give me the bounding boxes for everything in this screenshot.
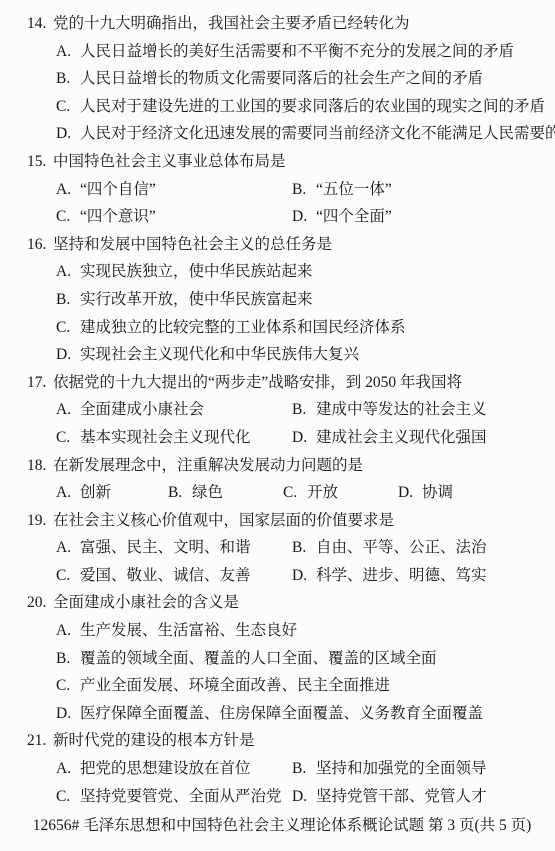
options-group: A. 实现民族独立，使中华民族站起来 B. 实行改革开放，使中华民族富起来 C.… — [56, 258, 537, 368]
option-text: 实现民族独立，使中华民族站起来 — [80, 258, 537, 286]
option: A. “四个自信” — [56, 176, 292, 204]
question-number: 20. — [27, 589, 53, 617]
option: A. 把党的思想建设放在首位 — [56, 755, 292, 783]
option-label: A. — [56, 396, 80, 424]
option: A. 生产发展、生活富裕、生态良好 — [56, 617, 537, 645]
option: A. 富强、民主、文明、和谐 — [56, 534, 292, 562]
question-number: 19. — [27, 507, 53, 535]
option-label: B. — [56, 645, 80, 673]
option-label: A. — [56, 534, 80, 562]
option-text: 建成社会主义现代化强国 — [316, 424, 537, 452]
option: B. 实行改革开放，使中华民族富起来 — [56, 286, 537, 314]
option-text: 绿色 — [192, 479, 283, 507]
option-text: 把党的思想建设放在首位 — [80, 755, 292, 783]
option-text: 产业全面发展、环境全面改善、民主全面推进 — [80, 672, 537, 700]
option-label: D. — [56, 700, 80, 728]
options-group: A. 全面建成小康社会 B. 建成中等发达的社会主义 C. 基本实现社会主义现代… — [56, 396, 537, 451]
option-label: A. — [56, 755, 80, 783]
option: D. 实现社会主义现代化和中华民族伟大复兴 — [56, 341, 537, 369]
question-number: 16. — [27, 231, 53, 259]
option-label: C. — [56, 203, 80, 231]
options-group: A. 富强、民主、文明、和谐 B. 自由、平等、公正、法治 C. 爱国、敬业、诚… — [56, 534, 537, 589]
option-text: 基本实现社会主义现代化 — [80, 424, 292, 452]
option: C. 产业全面发展、环境全面改善、民主全面推进 — [56, 672, 537, 700]
option-label: B. — [292, 755, 316, 783]
question-16: 16. 坚持和发展中国特色社会主义的总任务是 A. 实现民族独立，使中华民族站起… — [27, 231, 537, 369]
option: B. 建成中等发达的社会主义 — [292, 396, 537, 424]
option-label: B. — [168, 479, 192, 507]
question-head: 15. 中国特色社会主义事业总体布局是 — [27, 148, 537, 176]
question-text: 坚持和发展中国特色社会主义的总任务是 — [53, 231, 537, 259]
option-label: D. — [292, 203, 316, 231]
option: D. 建成社会主义现代化强国 — [292, 424, 537, 452]
option: C. 爱国、敬业、诚信、友善 — [56, 562, 292, 590]
option-label: D. — [292, 424, 316, 452]
option-text: 实行改革开放，使中华民族富起来 — [80, 286, 537, 314]
option: B. 覆盖的领域全面、覆盖的人口全面、覆盖的区域全面 — [56, 645, 537, 673]
option: A. 全面建成小康社会 — [56, 396, 292, 424]
question-number: 17. — [27, 369, 53, 397]
options-group: A. 人民日益增长的美好生活需要和不平衡不充分的发展之间的矛盾 B. 人民日益增… — [56, 38, 537, 148]
question-head: 19. 在社会主义核心价值观中，国家层面的价值要求是 — [27, 507, 537, 535]
option-text: “四个自信” — [80, 176, 292, 204]
option-text: 开放 — [307, 479, 398, 507]
question-head: 21. 新时代党的建设的根本方针是 — [27, 727, 537, 755]
option: C. 开放 — [283, 479, 398, 507]
option: C. “四个意识” — [56, 203, 292, 231]
question-20: 20. 全面建成小康社会的含义是 A. 生产发展、生活富裕、生态良好 B. 覆盖… — [27, 589, 537, 727]
question-text: 党的十九大明确指出，我国社会主要矛盾已经转化为 — [53, 10, 537, 38]
option-text: “四个全面” — [316, 203, 537, 231]
option-label: C. — [56, 424, 80, 452]
option-label: A. — [56, 258, 80, 286]
question-text: 中国特色社会主义事业总体布局是 — [53, 148, 537, 176]
option-text: 坚持党管干部、党管人才 — [316, 783, 537, 811]
option-text: 人民日益增长的物质文化需要同落后的社会生产之间的矛盾 — [80, 65, 537, 93]
option-label: C. — [56, 672, 80, 700]
exam-page: 14. 党的十九大明确指出，我国社会主要矛盾已经转化为 A. 人民日益增长的美好… — [0, 0, 555, 851]
option-text: 全面建成小康社会 — [80, 396, 292, 424]
option: D. 人民对于经济文化迅速发展的需要同当前经济文化不能满足人民需要的矛盾 — [56, 120, 537, 148]
option: B. 绿色 — [168, 479, 283, 507]
option-text: 富强、民主、文明、和谐 — [80, 534, 292, 562]
option-text: 医疗保障全面覆盖、住房保障全面覆盖、义务教育全面覆盖 — [80, 700, 537, 728]
option-label: D. — [56, 341, 80, 369]
option-label: A. — [56, 38, 80, 66]
option-label: B. — [292, 396, 316, 424]
option: B. “五位一体” — [292, 176, 537, 204]
question-15: 15. 中国特色社会主义事业总体布局是 A. “四个自信” B. “五位一体” … — [27, 148, 537, 231]
option: D. “四个全面” — [292, 203, 537, 231]
option: B. 坚持和加强党的全面领导 — [292, 755, 537, 783]
option: C. 建成独立的比较完整的工业体系和国民经济体系 — [56, 314, 537, 342]
option-text: 自由、平等、公正、法治 — [316, 534, 537, 562]
option: D. 科学、进步、明德、笃实 — [292, 562, 537, 590]
option-text: 建成独立的比较完整的工业体系和国民经济体系 — [80, 314, 537, 342]
question-18: 18. 在新发展理念中，注重解决发展动力问题的是 A. 创新 B. 绿色 C. … — [27, 452, 537, 507]
options-group: A. 把党的思想建设放在首位 B. 坚持和加强党的全面领导 C. 坚持党要管党、… — [56, 755, 537, 810]
option-text: 人民日益增长的美好生活需要和不平衡不充分的发展之间的矛盾 — [80, 38, 537, 66]
option: A. 创新 — [56, 479, 168, 507]
option-label: D. — [292, 562, 316, 590]
option-label: C. — [56, 93, 80, 121]
option-label: D. — [398, 479, 422, 507]
options-group: A. “四个自信” B. “五位一体” C. “四个意识” D. “四个全面” — [56, 176, 537, 231]
option-label: D. — [56, 120, 80, 148]
option: D. 坚持党管干部、党管人才 — [292, 783, 537, 811]
question-text: 依据党的十九大提出的“两步走”战略安排，到 2050 年我国将 — [53, 369, 537, 397]
question-head: 14. 党的十九大明确指出，我国社会主要矛盾已经转化为 — [27, 10, 537, 38]
question-number: 14. — [27, 10, 53, 38]
options-group: A. 创新 B. 绿色 C. 开放 D. 协调 — [56, 479, 537, 507]
option-text: 人民对于建设先进的工业国的要求同落后的农业国的现实之间的矛盾 — [80, 93, 545, 121]
option-label: A. — [56, 479, 80, 507]
question-text: 在社会主义核心价值观中，国家层面的价值要求是 — [53, 507, 537, 535]
question-14: 14. 党的十九大明确指出，我国社会主要矛盾已经转化为 A. 人民日益增长的美好… — [27, 10, 537, 148]
option: B. 自由、平等、公正、法治 — [292, 534, 537, 562]
question-head: 16. 坚持和发展中国特色社会主义的总任务是 — [27, 231, 537, 259]
option: C. 人民对于建设先进的工业国的要求同落后的农业国的现实之间的矛盾 — [56, 93, 537, 121]
question-21: 21. 新时代党的建设的根本方针是 A. 把党的思想建设放在首位 B. 坚持和加… — [27, 727, 537, 810]
option-label: B. — [56, 286, 80, 314]
option-text: 坚持和加强党的全面领导 — [316, 755, 537, 783]
question-text: 在新发展理念中，注重解决发展动力问题的是 — [53, 452, 537, 480]
option: B. 人民日益增长的物质文化需要同落后的社会生产之间的矛盾 — [56, 65, 537, 93]
option-text: 爱国、敬业、诚信、友善 — [80, 562, 292, 590]
option: D. 协调 — [398, 479, 537, 507]
page-footer: 12656# 毛泽东思想和中国特色社会主义理论体系概论试题 第 3 页(共 5 … — [27, 812, 537, 840]
exam-content: 14. 党的十九大明确指出，我国社会主要矛盾已经转化为 A. 人民日益增长的美好… — [0, 0, 555, 840]
option-label: C. — [56, 783, 80, 811]
option-label: C. — [283, 479, 307, 507]
options-group: A. 生产发展、生活富裕、生态良好 B. 覆盖的领域全面、覆盖的人口全面、覆盖的… — [56, 617, 537, 727]
option-text: 生产发展、生活富裕、生态良好 — [80, 617, 537, 645]
option-label: B. — [56, 65, 80, 93]
option-text: 坚持党要管党、全面从严治党 — [80, 783, 292, 811]
option-label: C. — [56, 314, 80, 342]
option: A. 实现民族独立，使中华民族站起来 — [56, 258, 537, 286]
option: C. 基本实现社会主义现代化 — [56, 424, 292, 452]
option-label: D. — [292, 783, 316, 811]
option-text: 建成中等发达的社会主义 — [316, 396, 537, 424]
option-label: A. — [56, 176, 80, 204]
option-label: A. — [56, 617, 80, 645]
option-text: 科学、进步、明德、笃实 — [316, 562, 537, 590]
option-text: “四个意识” — [80, 203, 292, 231]
option-text: 创新 — [80, 479, 168, 507]
question-head: 18. 在新发展理念中，注重解决发展动力问题的是 — [27, 452, 537, 480]
question-head: 20. 全面建成小康社会的含义是 — [27, 589, 537, 617]
question-number: 18. — [27, 452, 53, 480]
question-text: 新时代党的建设的根本方针是 — [53, 727, 537, 755]
question-number: 21. — [27, 727, 53, 755]
option: D. 医疗保障全面覆盖、住房保障全面覆盖、义务教育全面覆盖 — [56, 700, 537, 728]
option-label: C. — [56, 562, 80, 590]
option-text: 覆盖的领域全面、覆盖的人口全面、覆盖的区域全面 — [80, 645, 537, 673]
option-text: 实现社会主义现代化和中华民族伟大复兴 — [80, 341, 537, 369]
option-text: “五位一体” — [316, 176, 537, 204]
option-label: B. — [292, 534, 316, 562]
option: A. 人民日益增长的美好生活需要和不平衡不充分的发展之间的矛盾 — [56, 38, 537, 66]
option-text: 协调 — [422, 479, 537, 507]
question-19: 19. 在社会主义核心价值观中，国家层面的价值要求是 A. 富强、民主、文明、和… — [27, 507, 537, 590]
question-text: 全面建成小康社会的含义是 — [53, 589, 537, 617]
option-text: 人民对于经济文化迅速发展的需要同当前经济文化不能满足人民需要的矛盾 — [80, 120, 555, 148]
question-17: 17. 依据党的十九大提出的“两步走”战略安排，到 2050 年我国将 A. 全… — [27, 369, 537, 452]
option: C. 坚持党要管党、全面从严治党 — [56, 783, 292, 811]
option-label: B. — [292, 176, 316, 204]
question-head: 17. 依据党的十九大提出的“两步走”战略安排，到 2050 年我国将 — [27, 369, 537, 397]
question-number: 15. — [27, 148, 53, 176]
